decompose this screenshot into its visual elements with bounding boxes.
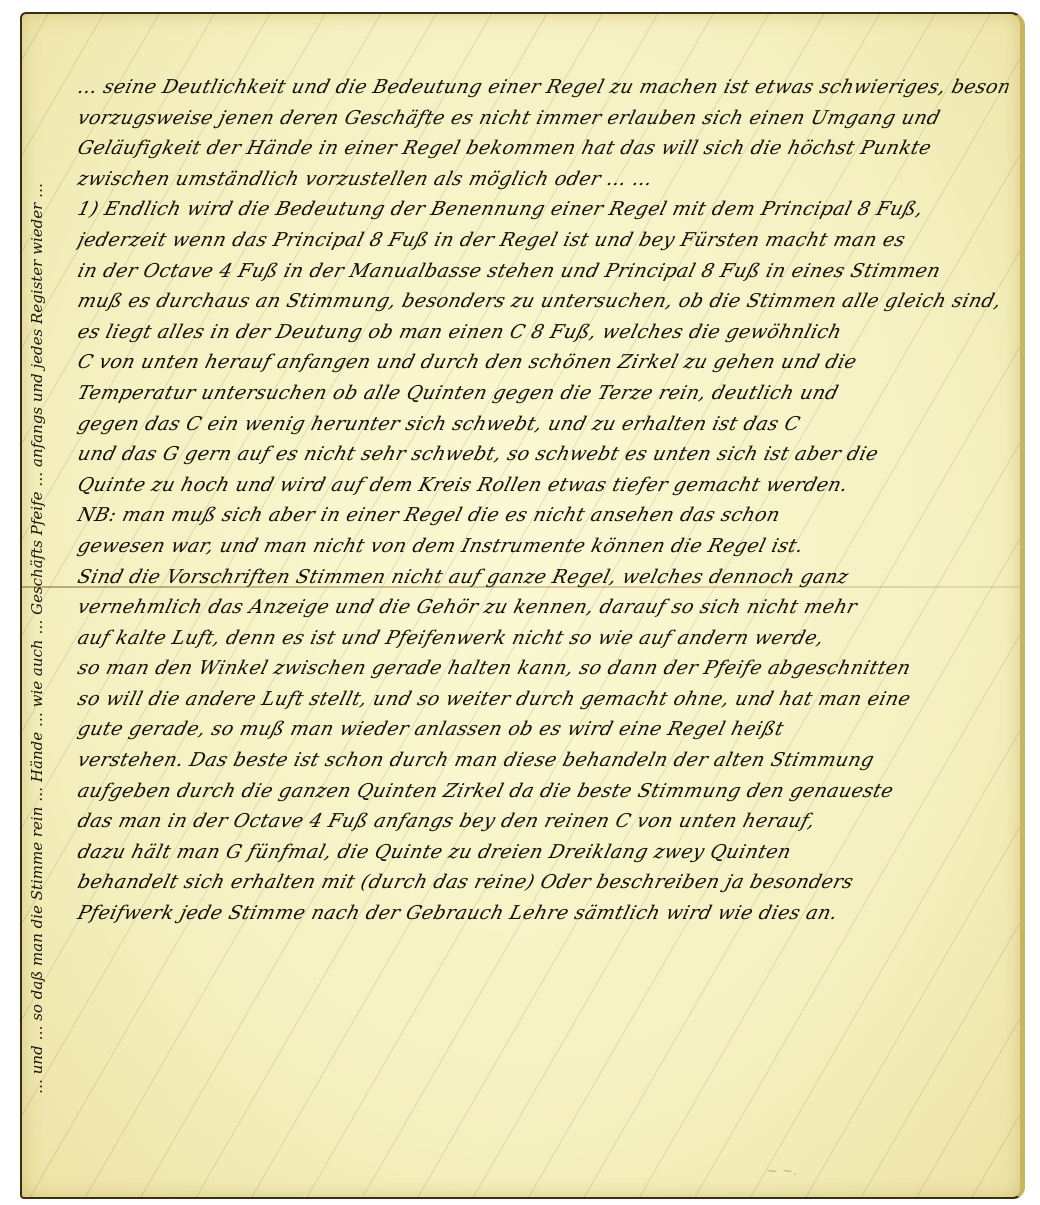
- manuscript-line: 1) Endlich wird die Bedeutung der Benenn…: [74, 194, 1012, 225]
- manuscript-line: und das G gern auf es nicht sehr schwebt…: [74, 439, 1012, 470]
- manuscript-line: das man in der Octave 4 Fuß anfangs bey …: [74, 806, 1012, 837]
- manuscript-line: Quinte zu hoch und wird auf dem Kreis Ro…: [74, 470, 1012, 501]
- manuscript-line: vorzugsweise jenen deren Geschäfte es ni…: [74, 103, 1012, 134]
- manuscript-line: Pfeifwerk jede Stimme nach der Gebrauch …: [74, 898, 1012, 929]
- manuscript-line: in der Octave 4 Fuß in der Manualbasse s…: [74, 256, 1012, 287]
- manuscript-line: so man den Winkel zwischen gerade halten…: [74, 653, 1012, 684]
- manuscript-text-block: … seine Deutlichkeit und die Bedeutung e…: [78, 72, 1008, 929]
- manuscript-line: es liegt alles in der Deutung ob man ein…: [74, 317, 1012, 348]
- manuscript-line: verstehen. Das beste ist schon durch man…: [74, 745, 1012, 776]
- manuscript-line: … seine Deutlichkeit und die Bedeutung e…: [74, 72, 1012, 103]
- manuscript-line: behandelt sich erhalten mit (durch das r…: [74, 867, 1012, 898]
- manuscript-line: jederzeit wenn das Principal 8 Fuß in de…: [74, 225, 1012, 256]
- footer-mark: ~ ~.: [767, 1164, 797, 1179]
- manuscript-line: zwischen umständlich vorzustellen als mö…: [74, 164, 1012, 195]
- manuscript-line: so will die andere Luft stellt, und so w…: [74, 684, 1012, 715]
- manuscript-line: gegen das C ein wenig herunter sich schw…: [74, 409, 1012, 440]
- manuscript-line: Geläufigkeit der Hände in einer Regel be…: [74, 133, 1012, 164]
- manuscript-line: Sind die Vorschriften Stimmen nicht auf …: [74, 562, 1012, 593]
- manuscript-line: gute gerade, so muß man wieder anlassen …: [74, 714, 1012, 745]
- manuscript-line: auf kalte Luft, denn es ist und Pfeifenw…: [74, 623, 1012, 654]
- manuscript-line: dazu hält man G fünfmal, die Quinte zu d…: [74, 837, 1012, 868]
- manuscript-line: NB: man muß sich aber in einer Regel die…: [74, 500, 1012, 531]
- manuscript-line: muß es durchaus an Stimmung, besonders z…: [74, 286, 1012, 317]
- manuscript-line: C von unten herauf anfangen und durch de…: [74, 347, 1012, 378]
- vertical-margin-note: … und … so daß man die Stimme rein … Hän…: [28, 94, 46, 1094]
- manuscript-line: vernehmlich das Anzeige und die Gehör zu…: [74, 592, 1012, 623]
- manuscript-line: gewesen war, und man nicht von dem Instr…: [74, 531, 1012, 562]
- manuscript-page: … seine Deutlichkeit und die Bedeutung e…: [20, 12, 1025, 1199]
- manuscript-line: aufgeben durch die ganzen Quinten Zirkel…: [74, 776, 1012, 807]
- manuscript-line: Temperatur untersuchen ob alle Quinten g…: [74, 378, 1012, 409]
